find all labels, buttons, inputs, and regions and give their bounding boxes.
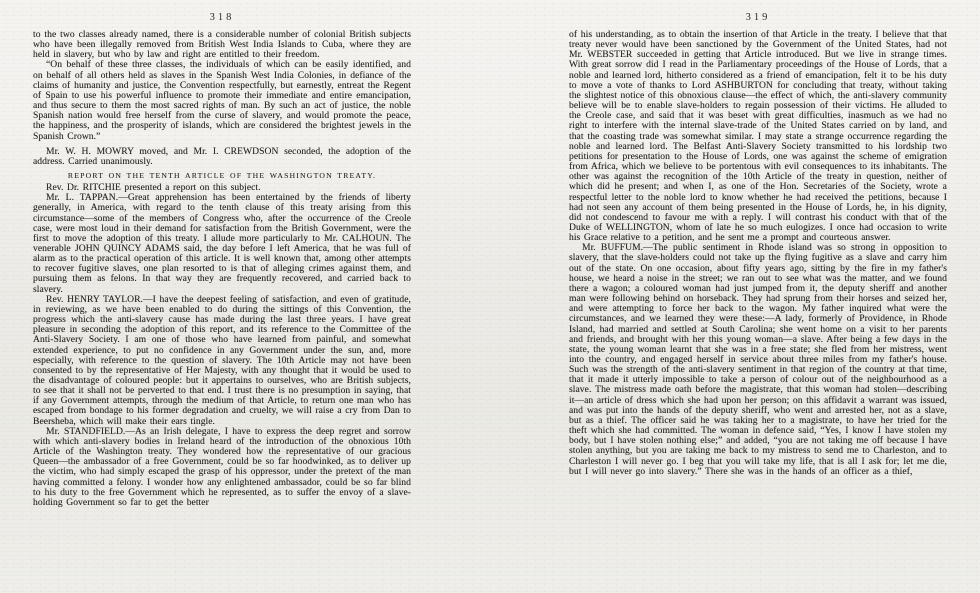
- buffum-speech: Mr. BUFFUM.—The public sentiment in Rhod…: [569, 243, 947, 477]
- taylor-speech: Rev. HENRY TAYLOR.—I have the deepest fe…: [33, 295, 411, 427]
- page-number-left: 318: [33, 12, 411, 23]
- motion-mowry-crewdson: Mr. W. H. MOWRY moved, and Mr. I. CREWDS…: [33, 147, 411, 167]
- paragraph-continuation-colonial-subjects: to the two classes already named, there …: [33, 30, 411, 60]
- scanned-book-spread: { "colors": { "paper": "#f1f0ed", "ink":…: [0, 0, 980, 593]
- standfield-speech-continued: of his understanding, as to obtain the i…: [569, 30, 947, 243]
- quoted-address-to-regent-of-spain: “On behalf of these three classes, the i…: [33, 60, 411, 141]
- page-number-right: 319: [569, 12, 947, 23]
- standfield-speech: Mr. STANDFIELD.—As an Irish delegate, I …: [33, 427, 411, 508]
- report-section-heading: REPORT ON THE TENTH ARTICLE OF THE WASHI…: [33, 171, 411, 180]
- page-318: 318 to the two classes already named, th…: [33, 12, 411, 508]
- page-319: 319 of his understanding, as to obtain t…: [569, 12, 947, 477]
- tappan-speech: Mr. L. TAPPAN.—Great apprehension has be…: [33, 193, 411, 295]
